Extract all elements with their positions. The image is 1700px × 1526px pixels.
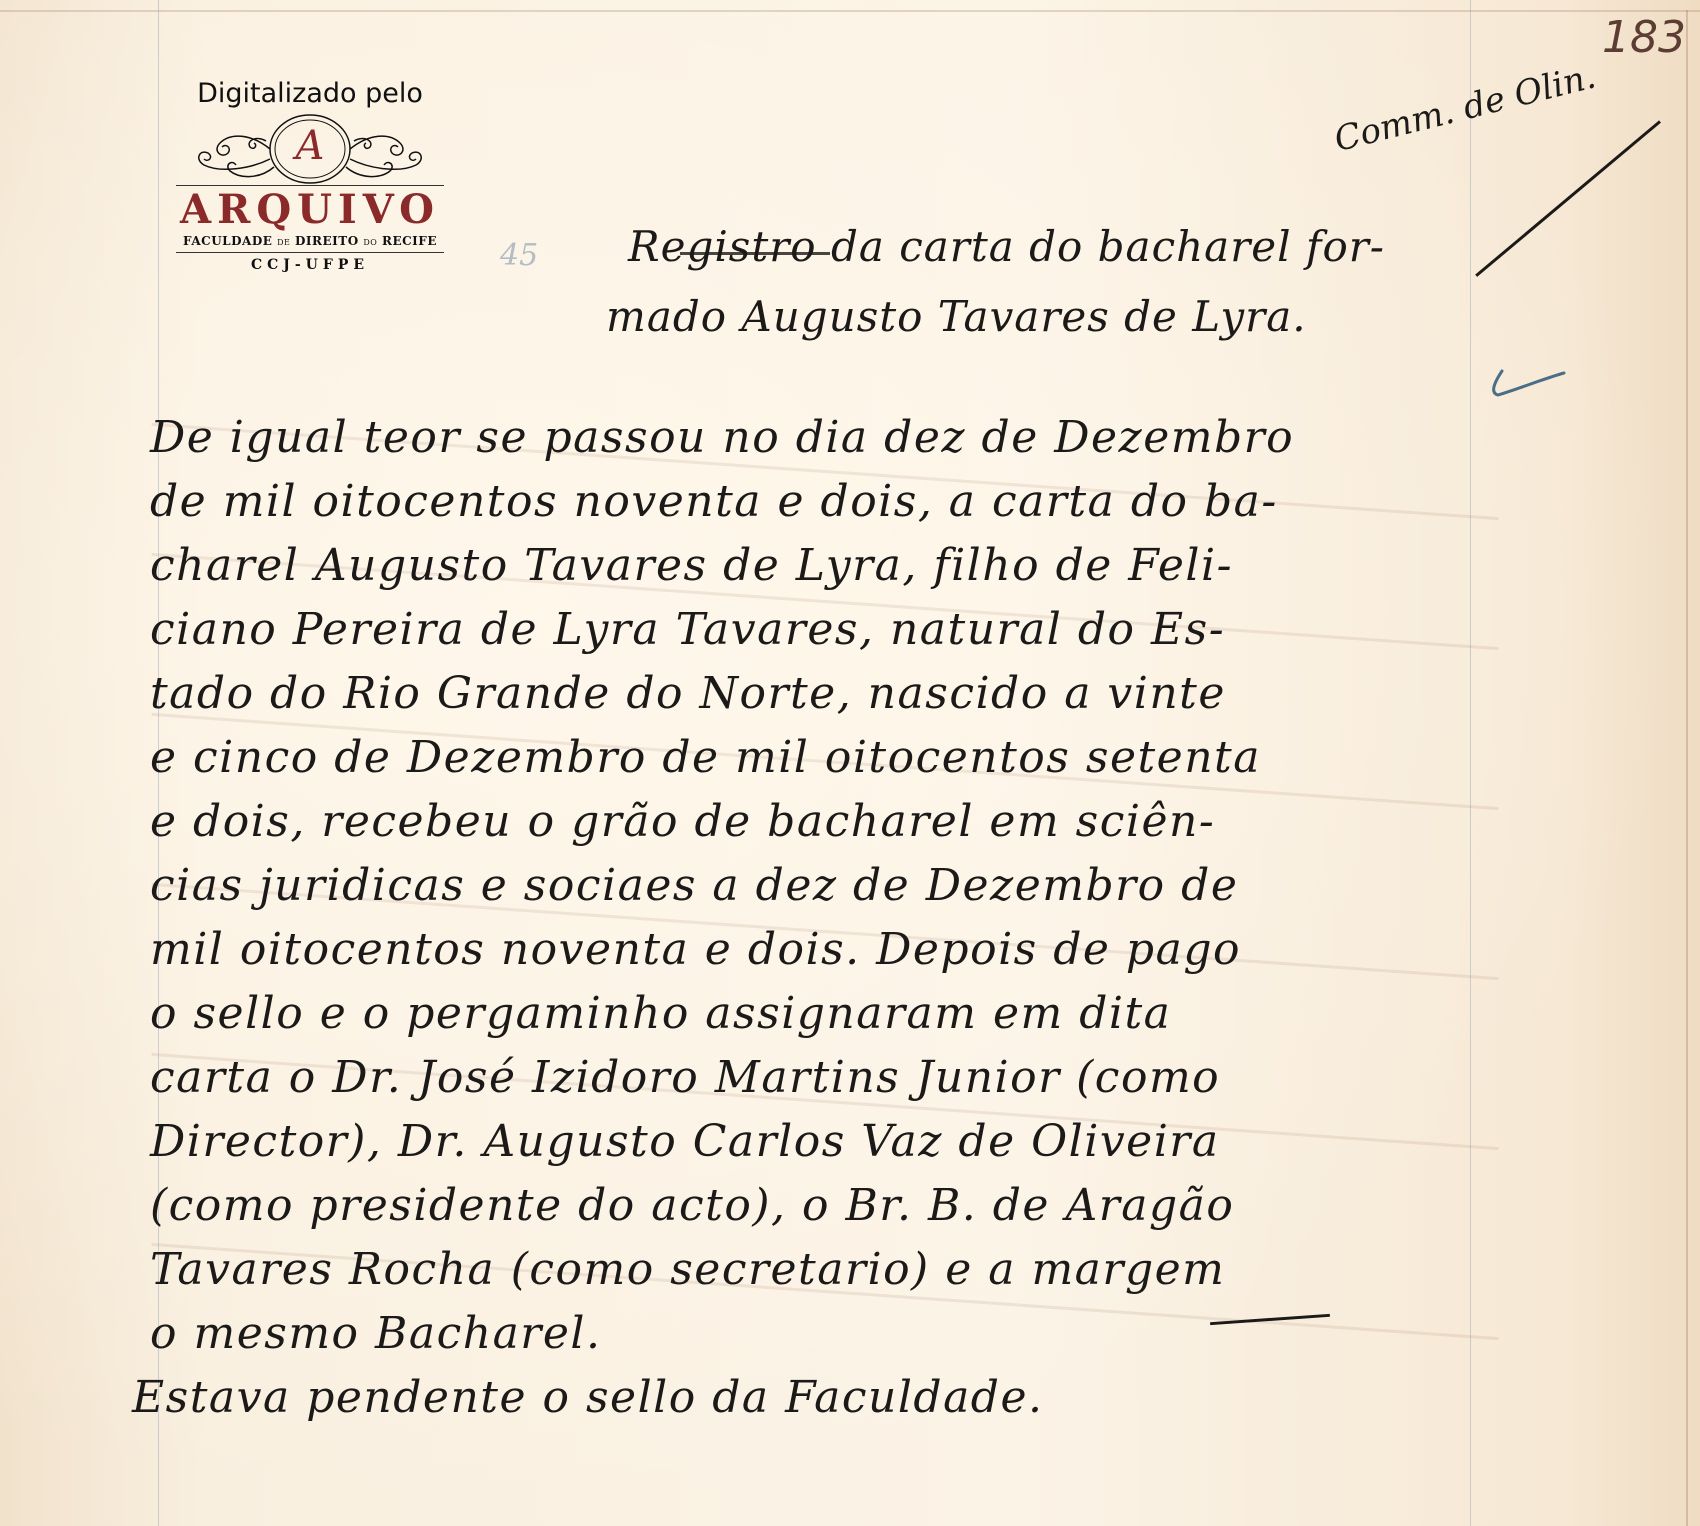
margin-note: Comm. de Olin. bbox=[1330, 56, 1599, 160]
right-margin-rule bbox=[1470, 0, 1471, 1526]
document-page: Digitalizado pelo A ARQUIVO bbox=[0, 0, 1700, 1526]
body-line: carta o Dr. José Izidoro Martins Junior … bbox=[150, 1052, 1220, 1103]
page-top-edge bbox=[0, 10, 1700, 12]
body-line: e cinco de Dezembro de mil oitocentos se… bbox=[150, 732, 1261, 783]
archive-emblem-icon: A bbox=[170, 113, 450, 185]
body-line: e dois, recebeu o grão de bacharel em sc… bbox=[150, 796, 1215, 847]
watermark-subtitle: FACULDADE DE DIREITO DO RECIFE bbox=[170, 234, 450, 248]
body-line: De igual teor se passou no dia dez de De… bbox=[150, 412, 1294, 463]
body-line: charel Augusto Tavares de Lyra, filho de… bbox=[150, 540, 1233, 591]
watermark-title: ARQUIVO bbox=[170, 188, 450, 232]
body-line: o sello e o pergaminho assignaram em dit… bbox=[150, 988, 1171, 1039]
body-line: o mesmo Bacharel. bbox=[150, 1308, 601, 1359]
watermark-top-text: Digitalizado pelo bbox=[170, 78, 450, 109]
page-right-edge bbox=[1686, 10, 1688, 1526]
archive-watermark: Digitalizado pelo A ARQUIVO bbox=[170, 78, 450, 273]
body-line: Director), Dr. Augusto Carlos Vaz de Oli… bbox=[150, 1116, 1220, 1167]
body-line: cias juridicas e sociaes a dez de Dezemb… bbox=[150, 860, 1238, 911]
body-line: Tavares Rocha (como secretario) e a marg… bbox=[150, 1244, 1225, 1295]
emblem-letter: A bbox=[170, 123, 450, 169]
folio-number: 183 bbox=[1602, 12, 1686, 63]
body-line: de mil oitocentos noventa e dois, a cart… bbox=[150, 476, 1278, 527]
entry-title-line: Registro da carta do bacharel for- bbox=[628, 222, 1385, 271]
body-line: tado do Rio Grande do Norte, nascido a v… bbox=[150, 668, 1226, 719]
watermark-divider bbox=[176, 252, 444, 253]
check-mark-icon bbox=[1488, 365, 1568, 405]
body-line: Estava pendente o sello da Faculdade. bbox=[132, 1372, 1044, 1423]
body-line: (como presidente do acto), o Br. B. de A… bbox=[150, 1180, 1234, 1231]
watermark-bottom-text: CCJ-UFPE bbox=[170, 257, 450, 273]
body-line: mil oitocentos noventa e dois. Depois de… bbox=[150, 924, 1241, 975]
body-line: ciano Pereira de Lyra Tavares, natural d… bbox=[150, 604, 1225, 655]
margin-note-flourish bbox=[1475, 120, 1661, 277]
entry-title-line: mado Augusto Tavares de Lyra. bbox=[606, 292, 1307, 341]
pencil-mark: 45 bbox=[500, 238, 538, 273]
title-flourish bbox=[680, 252, 830, 255]
